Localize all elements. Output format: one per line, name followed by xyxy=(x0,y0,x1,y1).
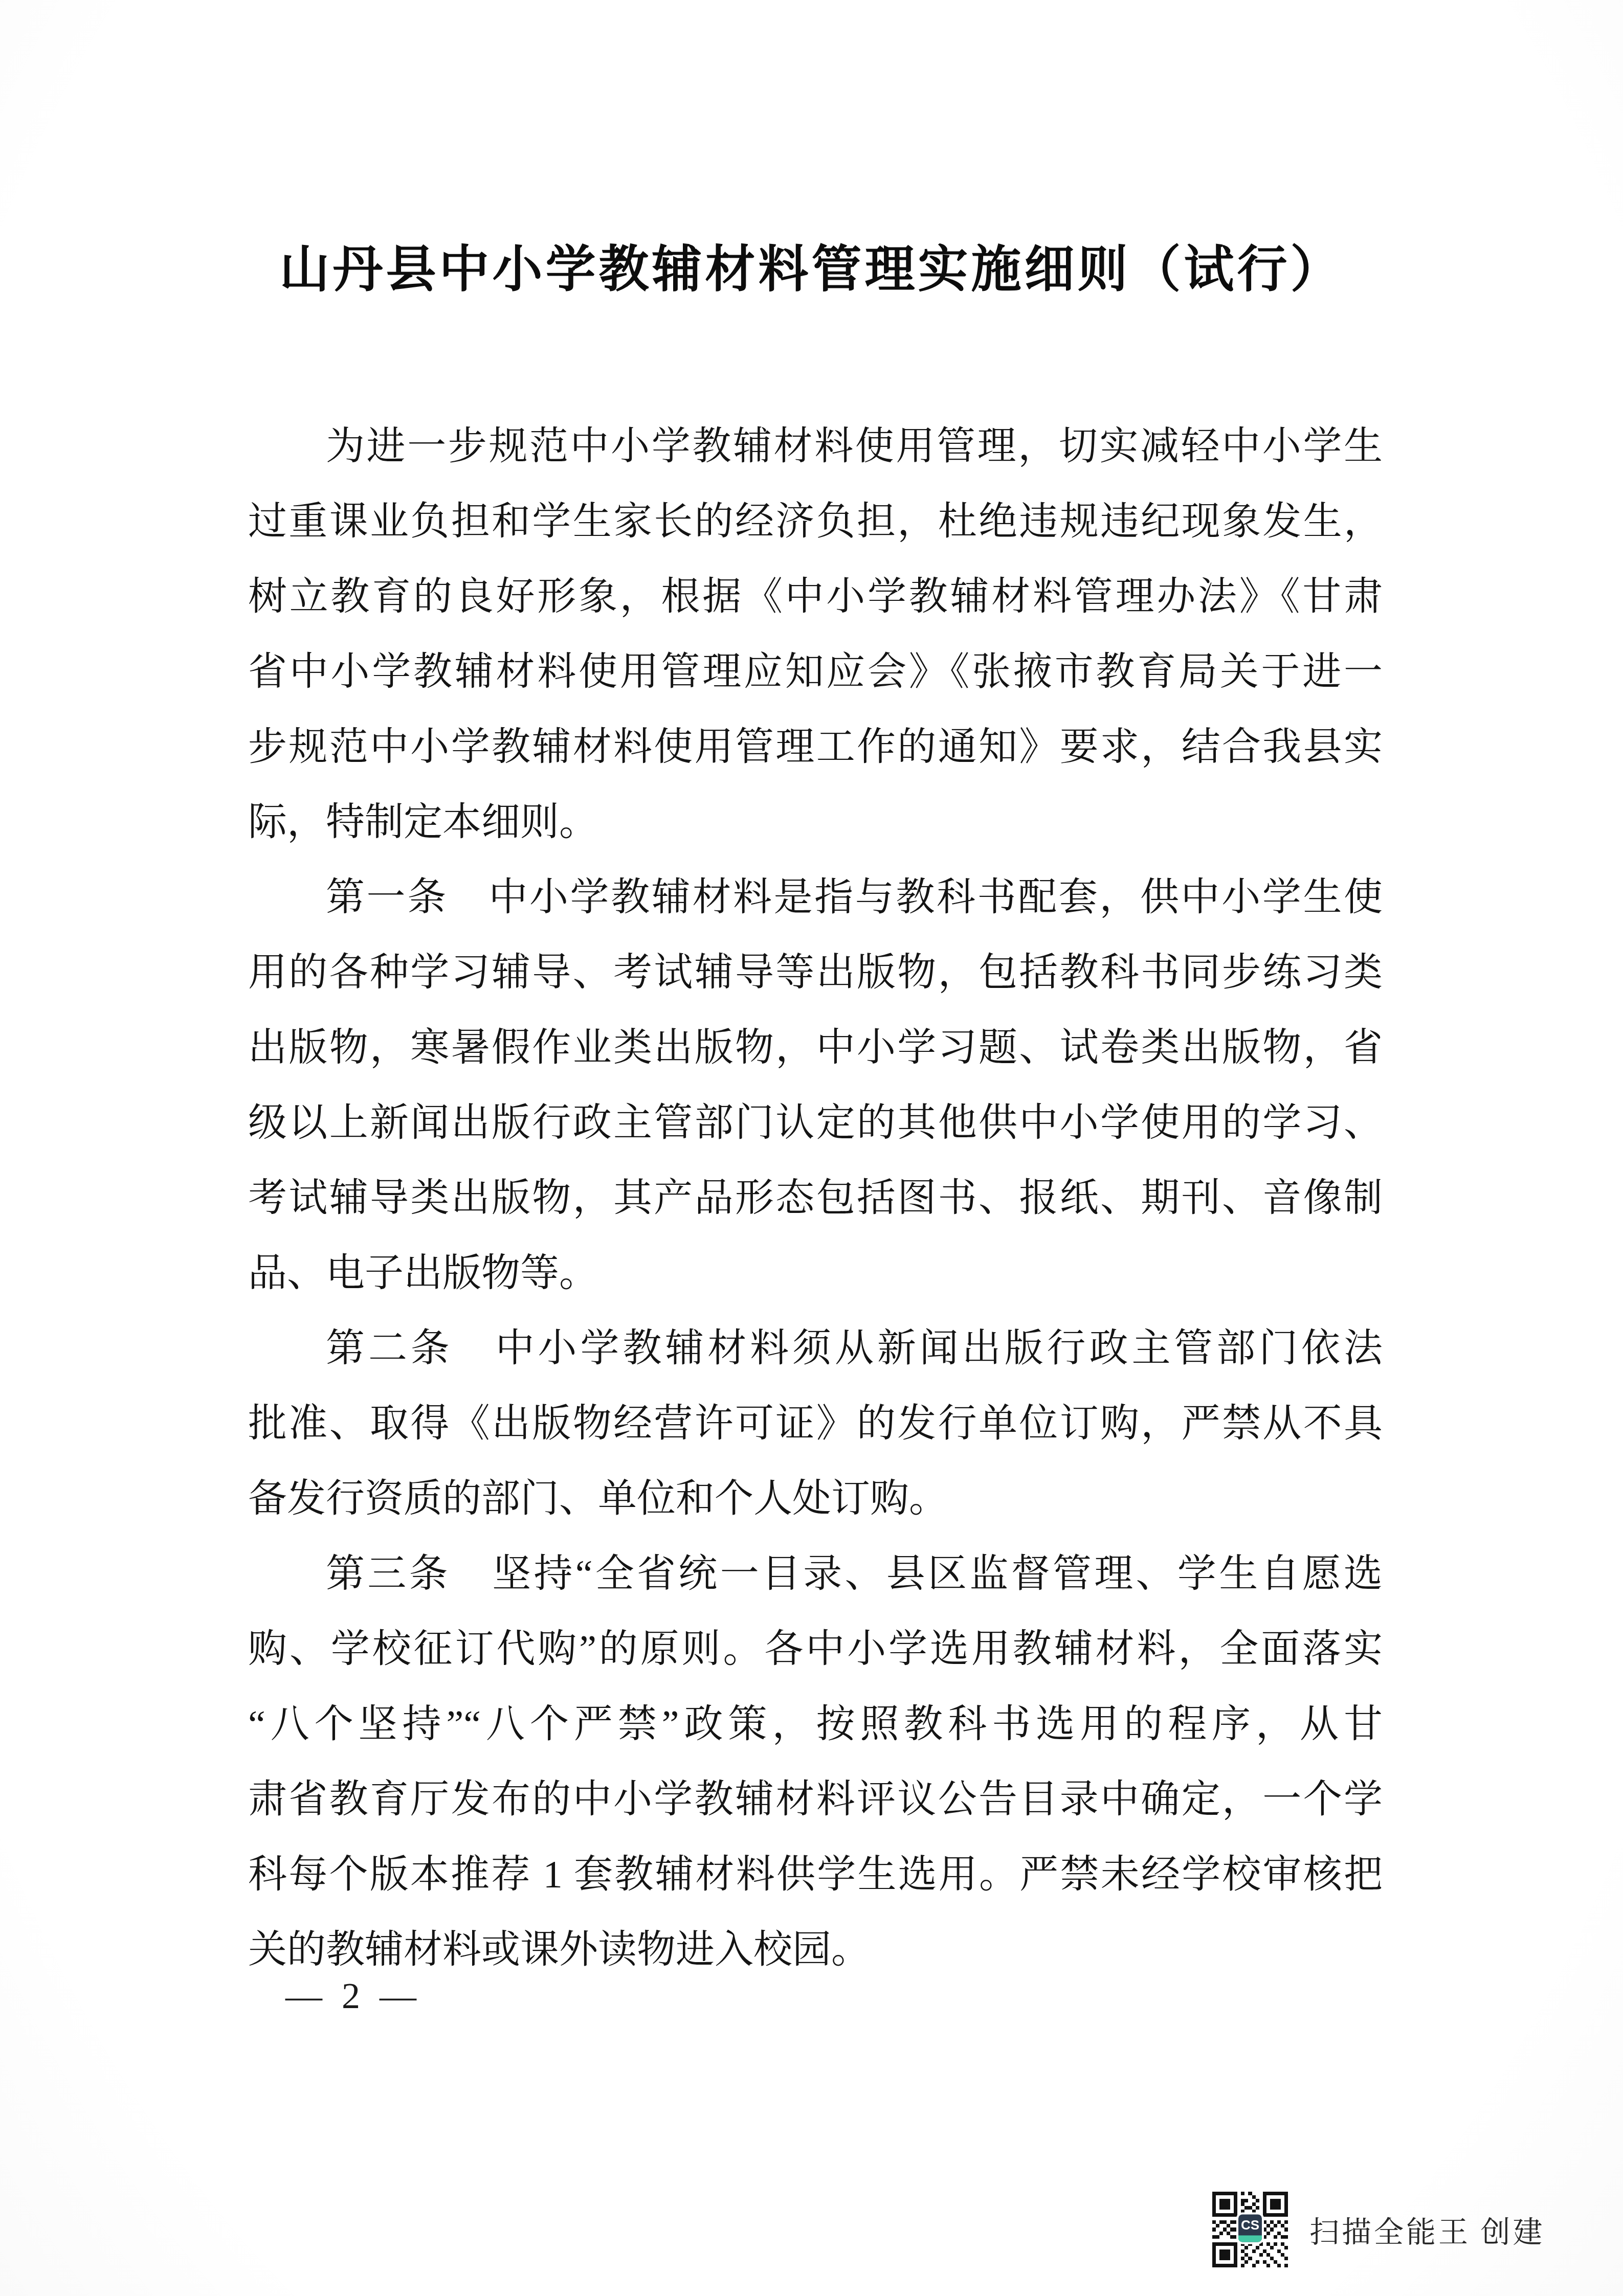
body-line: 品、电子出版物等。 xyxy=(248,1236,1383,1311)
qr-code-icon: CS xyxy=(1212,2192,1288,2267)
scanner-credit-text: 扫描全能王 创建 xyxy=(1309,2208,1545,2251)
body-line: 级以上新闻出版行政主管部门认定的其他供中小学使用的学习、 xyxy=(248,1086,1383,1161)
body-line: 树立教育的良好形象，根据《中小学教辅材料管理办法》《甘肃 xyxy=(248,559,1383,635)
document-title: 山丹县中小学教辅材料管理实施细则（试行） xyxy=(0,229,1623,301)
body-line: 第三条 坚持“全省统一目录、县区监督管理、学生自愿选 xyxy=(248,1537,1383,1612)
page-number: — 2 — xyxy=(285,1975,421,2017)
body-line: 际，特制定本细则。 xyxy=(248,785,1383,860)
body-line: 备发行资质的部门、单位和个人处订购。 xyxy=(248,1461,1383,1537)
body-line: 用的各种学习辅导、考试辅导等出版物，包括教科书同步练习类 xyxy=(248,935,1383,1010)
body-line: 为进一步规范中小学教辅材料使用管理，切实减轻中小学生 xyxy=(248,409,1383,484)
body-line: 步规范中小学教辅材料使用管理工作的通知》要求，结合我县实 xyxy=(248,710,1383,785)
body-line: 第一条 中小学教辅材料是指与教科书配套，供中小学生使 xyxy=(248,860,1383,935)
camscanner-logo-icon: CS xyxy=(1236,2213,1264,2244)
body-line: 考试辅导类出版物，其产品形态包括图书、报纸、期刊、音像制 xyxy=(248,1161,1383,1236)
body-line: 省中小学教辅材料使用管理应知应会》《张掖市教育局关于进一 xyxy=(248,635,1383,710)
scanner-footer: CS 扫描全能王 创建 xyxy=(1212,2192,1545,2267)
body-line: 批准、取得《出版物经营许可证》的发行单位订购，严禁从不具 xyxy=(248,1386,1383,1461)
body-line: 购、学校征订代购”的原则。各中小学选用教辅材料，全面落实 xyxy=(248,1612,1383,1687)
document-body: 为进一步规范中小学教辅材料使用管理，切实减轻中小学生 过重课业负担和学生家长的经… xyxy=(248,409,1383,1988)
scanned-document-page: 山丹县中小学教辅材料管理实施细则（试行） 为进一步规范中小学教辅材料使用管理，切… xyxy=(0,0,1623,2296)
body-line: “八个坚持”“八个严禁”政策，按照教科书选用的程序，从甘 xyxy=(248,1687,1383,1762)
body-line: 科每个版本推荐 1 套教辅材料供学生选用。严禁未经学校审核把 xyxy=(248,1837,1383,1912)
body-line: 第二条 中小学教辅材料须从新闻出版行政主管部门依法 xyxy=(248,1311,1383,1386)
body-line: 出版物，寒暑假作业类出版物，中小学习题、试卷类出版物，省 xyxy=(248,1010,1383,1086)
body-line: 过重课业负担和学生家长的经济负担，杜绝违规违纪现象发生， xyxy=(248,484,1383,559)
camscanner-logo-bar xyxy=(1238,2236,1262,2242)
camscanner-logo-text: CS xyxy=(1241,2215,1259,2236)
body-line: 肃省教育厅发布的中小学教辅材料评议公告目录中确定，一个学 xyxy=(248,1762,1383,1837)
